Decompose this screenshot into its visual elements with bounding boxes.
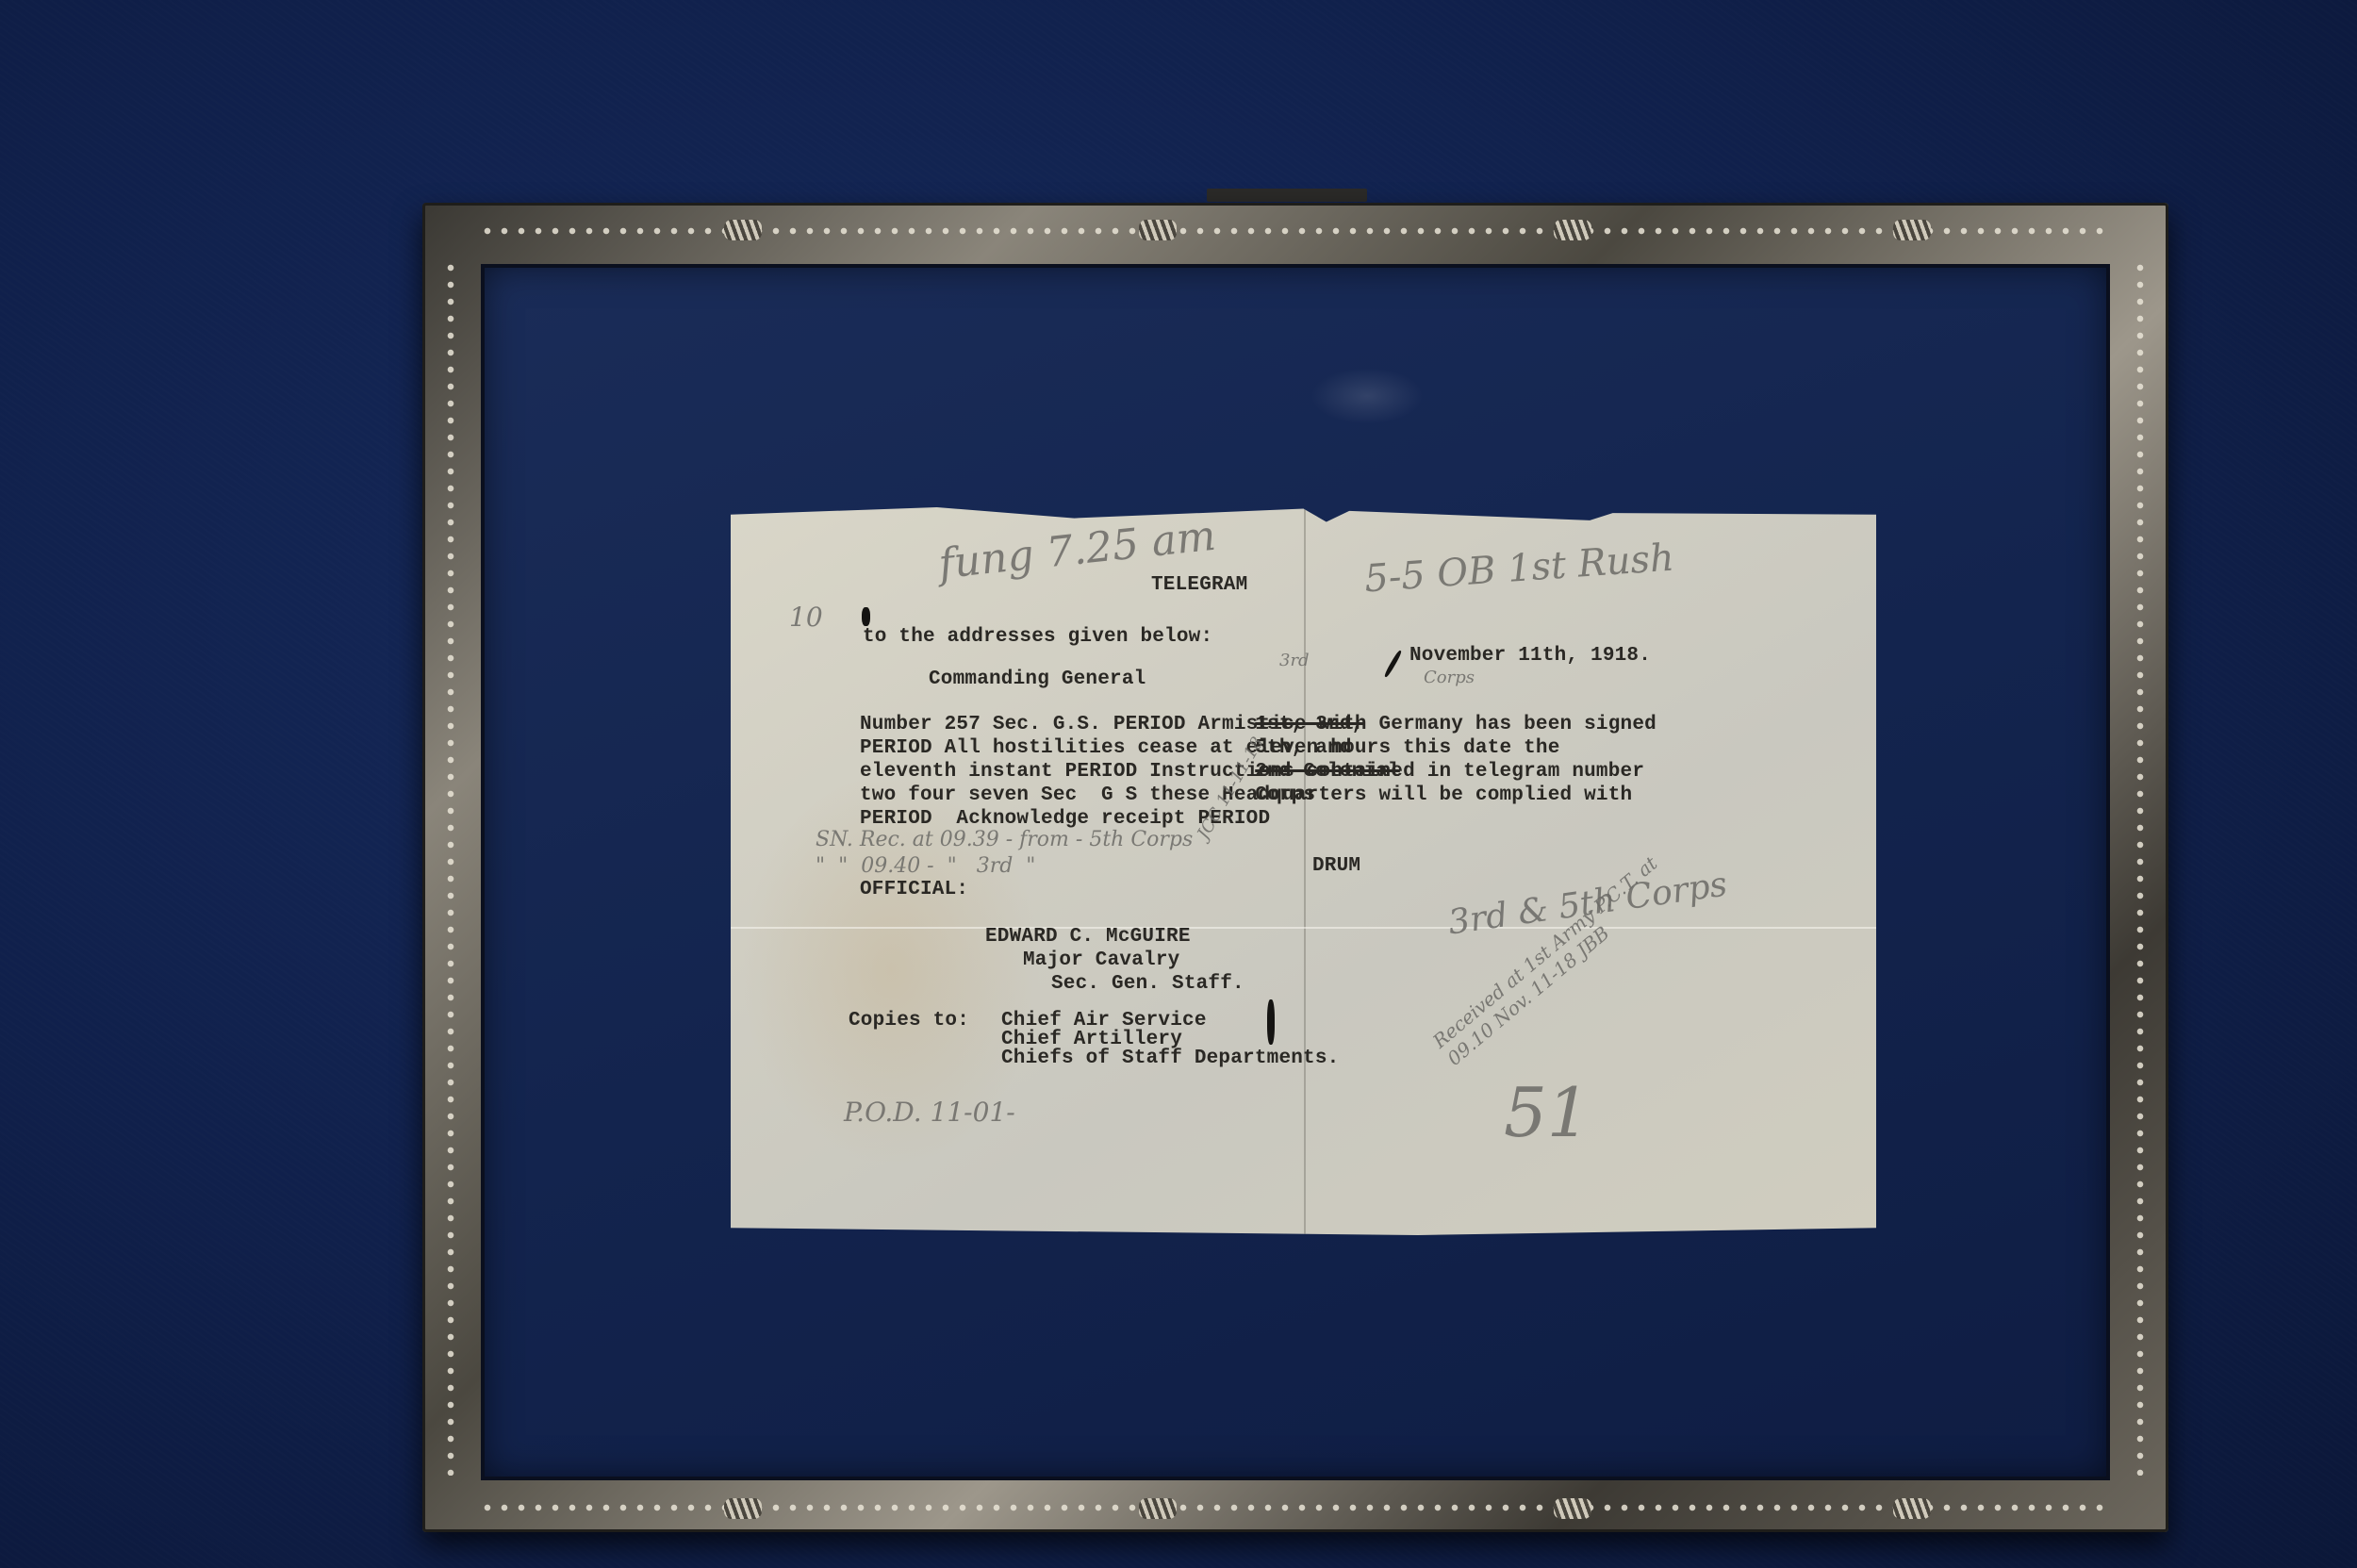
- fold-horizontal: [731, 927, 1876, 929]
- frame-ornament: [724, 1498, 762, 1519]
- official-name: EDWARD C. McGUIRE: [985, 925, 1191, 949]
- handwritten-3rd: 3rd: [1279, 651, 1310, 670]
- ink-blot: [862, 607, 870, 626]
- frame-ornament: [1554, 1498, 1591, 1519]
- handwritten-margin-number: 10: [789, 602, 823, 633]
- handwritten-receipt-2: " " 09.40 - " 3rd ": [816, 854, 1035, 878]
- frame-ornament: [1139, 1498, 1177, 1519]
- telegram-date: November 11th, 1918.: [1409, 644, 1651, 668]
- frame-ornament: [1893, 220, 1931, 240]
- frame-ornament: [724, 220, 762, 240]
- telegram-document: fung 7.25 am 10 5-5 OB 1st Rush 3rd Corp…: [731, 507, 1876, 1235]
- handwritten-receipt-1: SN. Rec. at 09.39 - from - 5th Corps: [816, 828, 1193, 851]
- telegram-intro: to the addresses given below:: [863, 625, 1212, 649]
- frame-ornament: [1893, 1498, 1931, 1519]
- ink-tick: [1383, 650, 1402, 678]
- frame-bead-right: [2133, 259, 2148, 1476]
- telegram-heading: TELEGRAM: [1151, 573, 1247, 597]
- signature-drum: DRUM: [1312, 854, 1360, 878]
- handwritten-top-right: 5-5 OB 1st Rush: [1363, 536, 1675, 602]
- frame-ornament: [1554, 220, 1591, 240]
- handwritten-received-note: Received at 1st Army P.C.T. at 09.10 Nov…: [1428, 829, 1703, 1069]
- handwritten-corps: Corps: [1424, 668, 1475, 687]
- fold-vertical: [1304, 507, 1306, 1235]
- frame-hanger: [1207, 189, 1367, 202]
- telegram-addressee: Commanding General: [929, 668, 1146, 691]
- official-label: OFFICIAL:: [860, 878, 968, 901]
- frame-ornament: [1139, 220, 1177, 240]
- ink-blot: [1267, 999, 1275, 1045]
- official-rank: Major Cavalry: [1023, 949, 1179, 972]
- frame-bead-left: [443, 259, 458, 1476]
- copies-label: Copies to:: [849, 1009, 969, 1032]
- copies-item: Chiefs of Staff Departments.: [1001, 1047, 1339, 1070]
- handwritten-bottom-left: P.O.D. 11-01-: [844, 1097, 1015, 1128]
- body-line: Number 257 Sec. G.S. PERIOD Armistice wi…: [860, 713, 1656, 736]
- body-line: PERIOD All hostilities cease at eleven h…: [860, 736, 1560, 760]
- official-title: Sec. Gen. Staff.: [1051, 972, 1244, 996]
- glass-reflection: [1310, 368, 1424, 424]
- body-line: two four seven Sec G S these Headquarter…: [860, 784, 1632, 807]
- handwritten-big-number: 51: [1504, 1073, 1591, 1152]
